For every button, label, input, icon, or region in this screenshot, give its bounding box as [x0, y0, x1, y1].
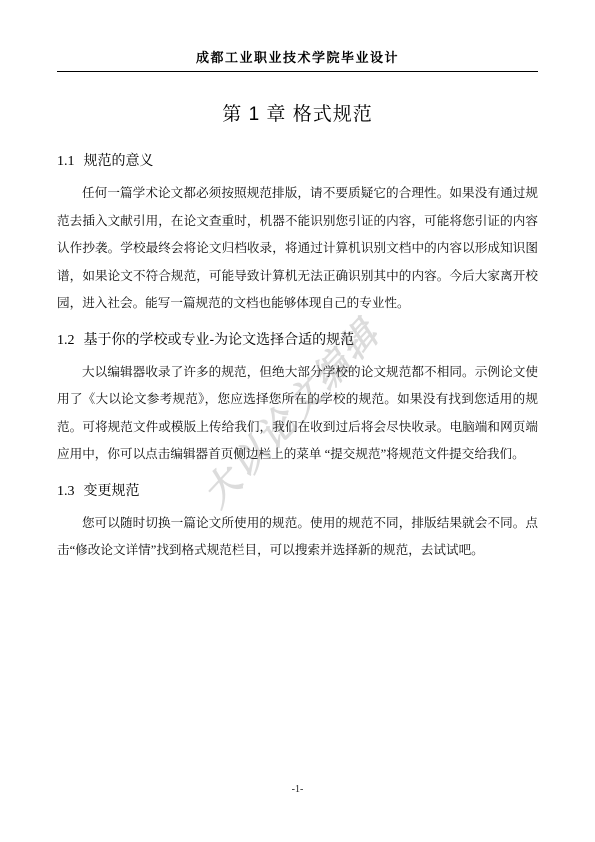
section-paragraph-1-1: 任何一篇学术论文都必须按照规范排版，请不要质疑它的合理性。如果没有通过规范去插入…: [57, 180, 538, 318]
chapter-title: 第 1 章 格式规范: [0, 99, 595, 126]
section-title-text: 变更规范: [84, 482, 140, 498]
section-paragraph-1-3: 您可以随时切换一篇论文所使用的规范。使用的规范不同，排版结果就会不同。点击“修改…: [57, 510, 538, 565]
page-header-title: 成都工业职业技术学院毕业设计: [0, 0, 595, 66]
page-number: -1-: [0, 784, 595, 795]
section-heading-1-3: 1.3变更规范: [57, 481, 538, 501]
document-page: 成都工业职业技术学院毕业设计 第 1 章 格式规范 1.1规范的意义 任何一篇学…: [0, 0, 595, 842]
header-rule: [57, 71, 538, 72]
section-heading-1-2: 1.2基于你的学校或专业-为论文选择合适的规范: [57, 330, 538, 350]
section-heading-1-1: 1.1规范的意义: [57, 151, 538, 171]
section-title-text: 规范的意义: [84, 152, 154, 168]
section-paragraph-1-2: 大以编辑器收录了许多的规范，但绝大部分学校的论文规范都不相同。示例论文使用了《大…: [57, 359, 538, 469]
section-title-text: 基于你的学校或专业-为论文选择合适的规范: [84, 331, 355, 347]
section-number: 1.2: [57, 333, 75, 348]
section-number: 1.1: [57, 154, 75, 169]
section-number: 1.3: [57, 484, 75, 499]
